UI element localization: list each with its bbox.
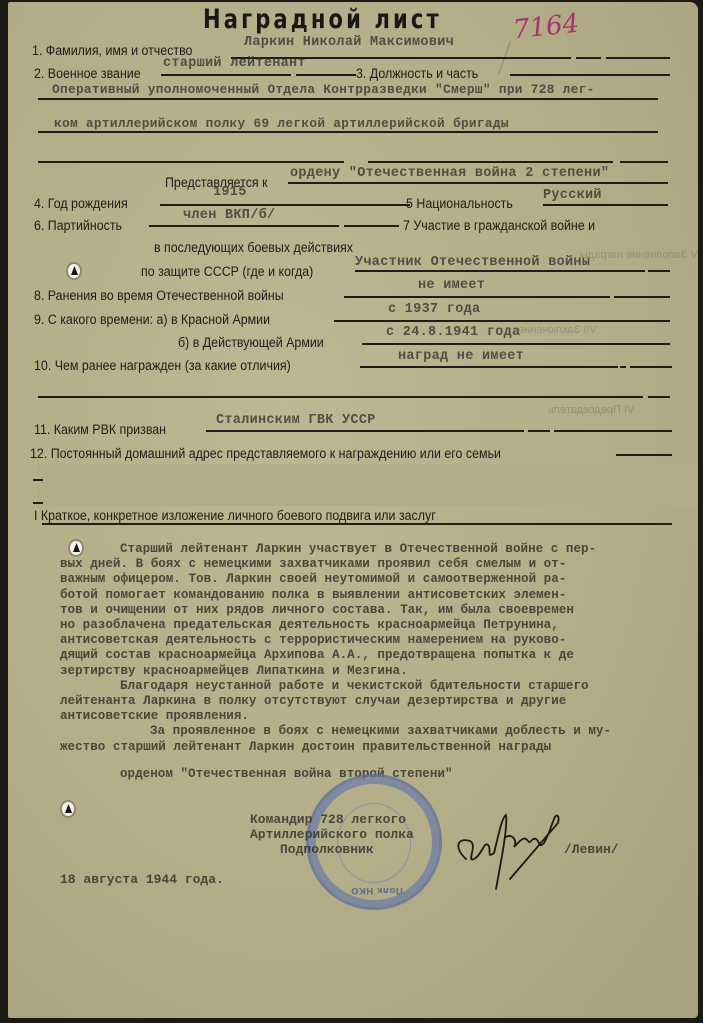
field-7-value: Участник Отечественной войны — [355, 255, 590, 270]
field-10-label: 10. Чем ранее награжден (за какие отличи… — [34, 358, 291, 373]
field-12-label: 12. Постоянный домашний адрес представля… — [30, 446, 501, 461]
field-9a-value: с 1937 года — [388, 302, 480, 317]
narrative-line: Благодаря неустанной работе и чекистской… — [60, 679, 660, 694]
faint-reverse-text-1: V Заполнение награды — [580, 249, 698, 261]
signer-name: /Левин/ — [564, 842, 619, 857]
faint-reverse-text-2: VI Председатель — [548, 404, 634, 416]
narrative-line: антисоветская деятельность с террористич… — [60, 633, 660, 648]
field-4-value: 1915 — [213, 185, 247, 200]
field-10-value: наград не имеет — [398, 349, 524, 364]
narrative-line: жество старший лейтенант Ларкин достоин … — [60, 740, 660, 755]
narrative-line: но разоблачена предательская деятельност… — [60, 618, 660, 633]
document-date: 18 августа 1944 года. — [60, 872, 224, 887]
field-3-value-line1: Оперативный уполномоченный Отдела Контрр… — [52, 82, 595, 97]
narrative-line: тов и очищении от них рядов личного сост… — [60, 603, 660, 618]
field-7-label-line3: по защите СССР (где и когда) — [141, 264, 313, 279]
field-11-value: Сталинским ГВК УССР — [216, 413, 376, 428]
narrative-text: Старший лейтенант Ларкин участвует в Оте… — [60, 542, 660, 782]
field-9b-value: с 24.8.1941 года — [386, 325, 520, 340]
field-11-label: 11. Каким РВК призван — [34, 422, 166, 437]
narrative-line: ботой помогает командованию полка в выяв… — [60, 588, 660, 603]
field-8-value: не имеет — [418, 278, 485, 293]
field-5-value: Русский — [543, 188, 602, 203]
narrative-line: зертирству красноармейцев Липаткина и Ме… — [60, 664, 660, 679]
field-6-label: 6. Партийность — [34, 218, 122, 233]
punch-hole — [68, 264, 80, 278]
signature-block: Командир 728 легкого Артиллерийского пол… — [250, 812, 414, 857]
narrative-line: лейтенанта Ларкина в полку отсутствуют с… — [60, 694, 660, 709]
field-7-label-line2: в последующих боевых действиях — [154, 240, 353, 255]
narrative-line: вых дней. В боях с немецкими захватчикам… — [60, 557, 660, 572]
narrative-line: антисоветские проявления. — [60, 709, 660, 724]
field-9a-label: 9. С какого времени: а) в Красной Армии — [34, 312, 270, 327]
field-9b-label: б) в Действующей Армии — [178, 335, 324, 350]
award-sheet: Наградной лист 7164 1. Фамилия, имя и от… — [8, 2, 698, 1018]
field-1-value: Ларкин Николай Максимович — [244, 35, 454, 50]
punch-hole — [62, 802, 74, 816]
field-3-label: 3. Должность и часть — [356, 66, 478, 81]
field-5-label: 5 Национальность — [406, 196, 513, 211]
document-title: Наградной лист — [203, 4, 442, 35]
field-2-value: старший лейтенант — [163, 56, 306, 71]
field-3-value-line2: ком артиллерийском полку 69 легкой артил… — [54, 116, 509, 131]
signer-rank: Подполковник — [250, 842, 414, 857]
narrative-line: дящий состав красноармейца Архипова А.А.… — [60, 648, 660, 663]
signer-title-line2: Артиллерийского полка — [250, 827, 414, 842]
presented-value: ордену "Отечественная война 2 степени" — [290, 166, 609, 181]
section-heading: I Краткое, конкретное изложение личного … — [34, 508, 436, 523]
signer-title-line1: Командир 728 легкого — [250, 812, 414, 827]
field-8-label: 8. Ранения во время Отечественной войны — [34, 288, 284, 303]
handwritten-signature — [448, 797, 578, 897]
field-2-label: 2. Военное звание — [34, 66, 141, 81]
narrative-line: Старший лейтенант Ларкин участвует в Оте… — [60, 542, 660, 557]
field-6-value: член ВКП/б/ — [183, 208, 275, 223]
narrative-line: важным офицером. Тов. Ларкин своей неуто… — [60, 572, 660, 587]
field-7-label-line1: 7 Участие в гражданской войне и — [403, 218, 595, 233]
narrative-line: За проявленное в боях с немецкими захват… — [60, 724, 660, 739]
field-4-label: 4. Год рождения — [34, 196, 128, 211]
faint-reverse-text-3: VII Заключение — [518, 324, 597, 336]
archive-number: 7164 — [512, 9, 581, 46]
stamp-text: Полк НКО — [351, 885, 403, 895]
punch-hole — [70, 541, 82, 555]
redacted-address-area — [38, 464, 698, 506]
